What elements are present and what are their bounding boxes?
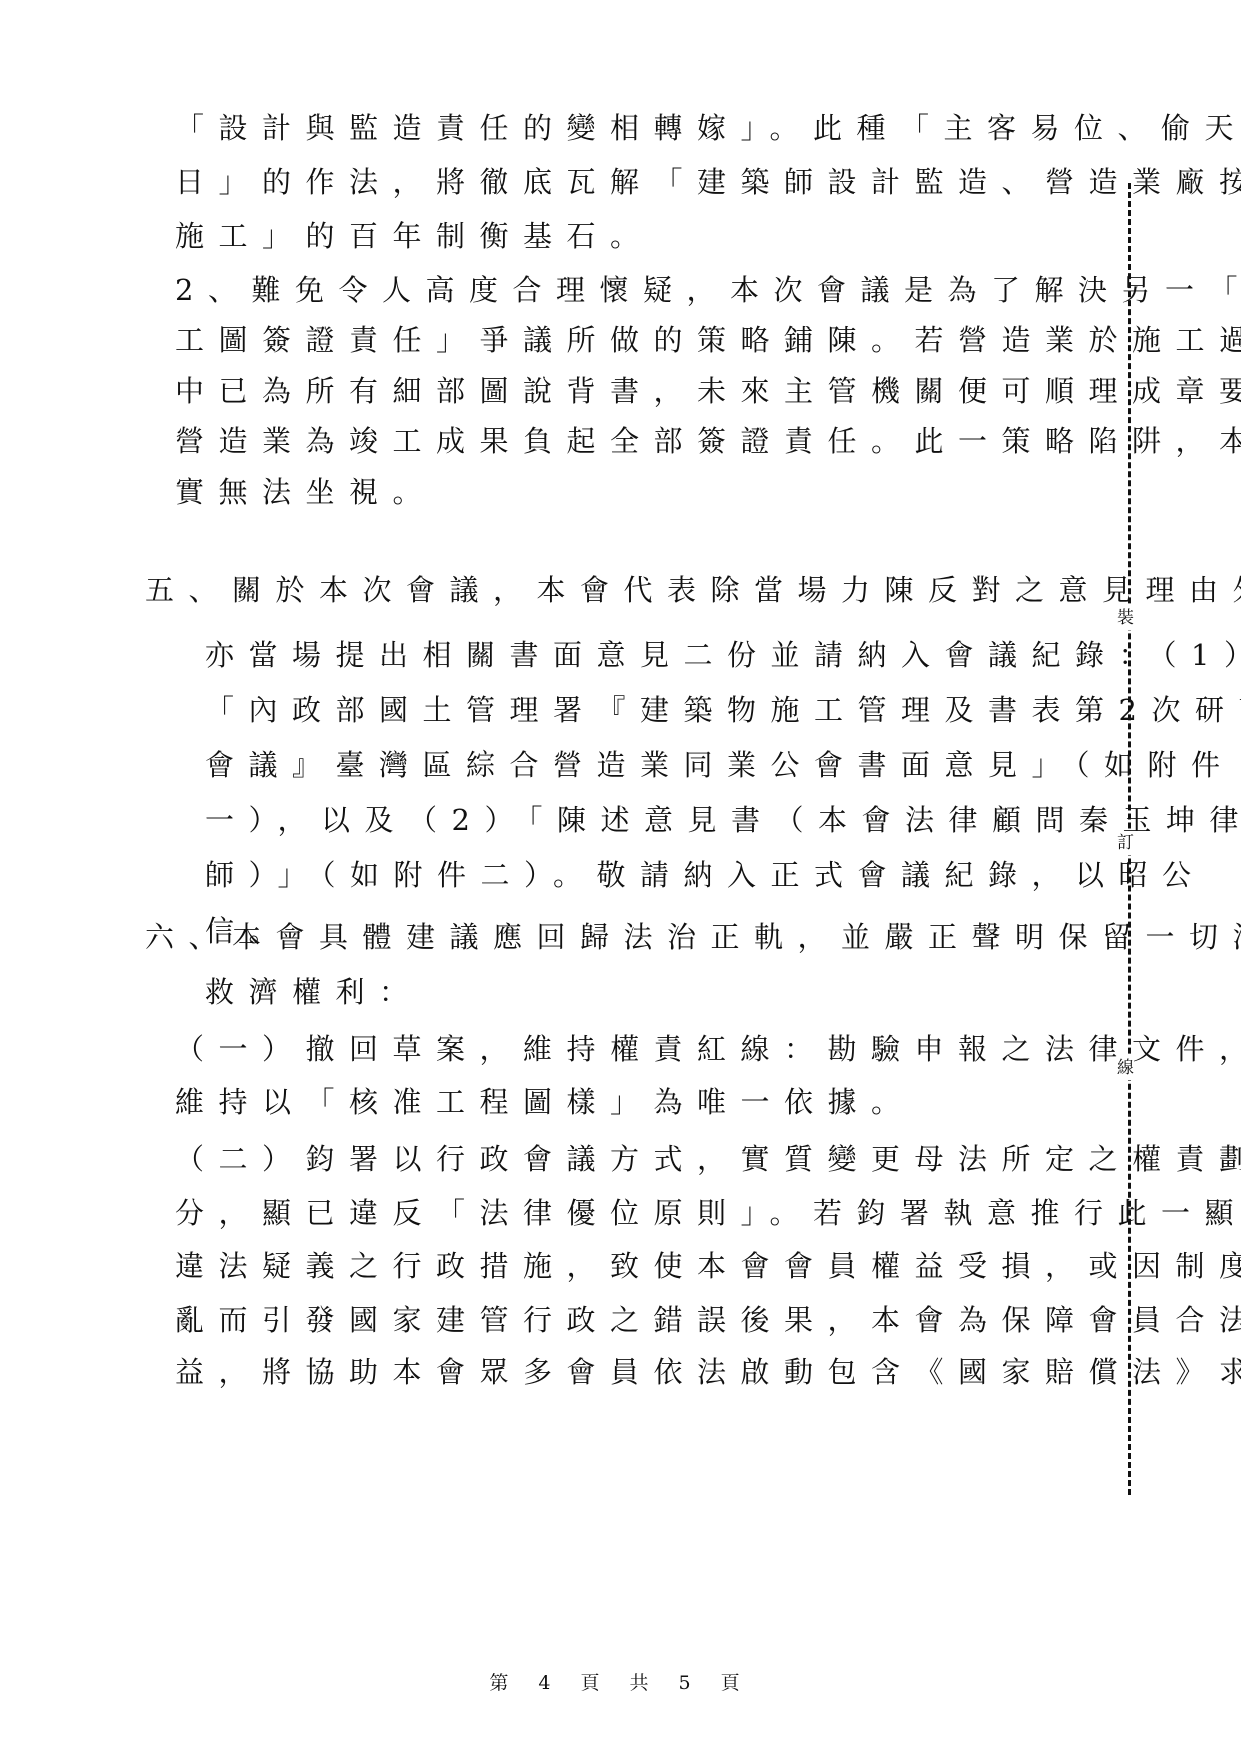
- text-line: 分，顯已違反「法律優位原則」。若鈞署執意推行此一顯有: [175, 1195, 1241, 1231]
- text-line: 會議』臺灣區綜合營造業同業公會書面意見」（如附件: [205, 747, 1235, 783]
- text-line: 中已為所有細部圖說背書，未來主管機關便可順理成章要求: [175, 373, 1241, 409]
- text-line: 施工」的百年制衡基石。: [175, 218, 654, 254]
- text-line: 工圖簽證責任」爭議所做的策略鋪陳。若營造業於施工過程: [175, 322, 1241, 358]
- section-heading-line: 六、本會具體建議應回歸法治正軌，並嚴正聲明保留一切法律: [145, 919, 1241, 955]
- binding-label-ding: 訂: [1117, 831, 1134, 855]
- text-line: 益，將協助本會眾多會員依法啟動包含《國家賠償法》求償: [175, 1354, 1241, 1390]
- text-line: 救濟權利：: [205, 974, 423, 1010]
- binding-label-zhuang: 裝: [1117, 606, 1134, 630]
- text-line: 維持以「核准工程圖樣」為唯一依據。: [175, 1084, 915, 1120]
- text-line: 「內政部國土管理署『建築物施工管理及書表第2次研商: [205, 692, 1241, 728]
- text-line: 亂而引發國家建管行政之錯誤後果，本會為保障會員合法權: [175, 1302, 1241, 1338]
- text-line: 違法疑義之行政措施，致使本會會員權益受損，或因制度錯: [175, 1248, 1241, 1284]
- text-line: （一）撤回草案，維持權責紅線：勘驗申報之法律文件，應: [175, 1031, 1241, 1067]
- text-line: 營造業為竣工成果負起全部簽證責任。此一策略陷阱，本會: [175, 423, 1241, 459]
- section-heading-line: 五、關於本次會議，本會代表除當場力陳反對之意見理由外，: [145, 572, 1241, 608]
- text-line: 一），以及（2）「陳述意見書（本會法律顧問秦玉坤律: [205, 802, 1241, 838]
- binding-label-xian: 線: [1117, 1056, 1134, 1080]
- text-line: 實無法坐視。: [175, 474, 436, 510]
- text-line: 亦當場提出相關書面意見二份並請納入會議紀錄：（1）: [205, 637, 1241, 673]
- text-line: 「設計與監造責任的變相轉嫁」。此種「主客易位、偷天換: [175, 110, 1241, 146]
- text-line: 2、難免令人高度合理懷疑，本次會議是為了解決另一「竣: [175, 272, 1241, 308]
- text-line: 師）」（如附件二）。敬請納入正式會議紀錄，以昭公: [205, 857, 1206, 893]
- text-line: 日」的作法，將徹底瓦解「建築師設計監造、營造業廠按圖: [175, 164, 1241, 200]
- page-number-footer: 第 4 頁 共 5 頁: [0, 1668, 1241, 1695]
- text-line: （二）鈞署以行政會議方式，實質變更母法所定之權責劃: [175, 1141, 1241, 1177]
